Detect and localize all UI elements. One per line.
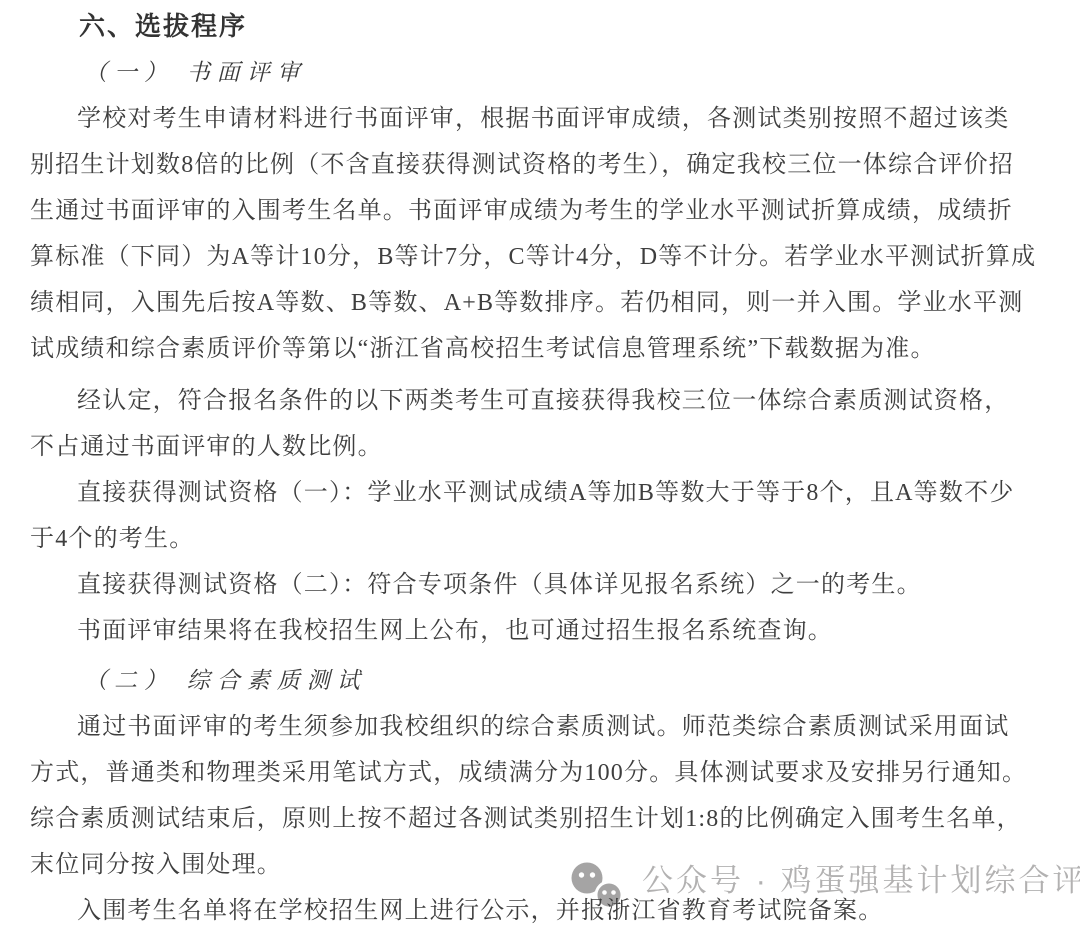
body-line: 书面评审结果将在我校招生网上公布，也可通过招生报名系统查询。 — [30, 608, 1046, 654]
document-content: 六、选拔程序 （一） 书面评审 学校对考生申请材料进行书面评审，根据书面评审成绩… — [0, 0, 1080, 934]
body-line: 通过书面评审的考生须参加我校组织的综合素质测试。师范类综合素质测试采用面试 — [30, 704, 1046, 750]
body-line: 学校对考生申请材料进行书面评审，根据书面评审成绩，各测试类别按照不超过该类 — [30, 96, 1046, 142]
section-heading: 六、选拔程序 — [30, 4, 1046, 50]
subsection-title-2: （二） 综合素质测试 — [30, 658, 1046, 704]
body-line: 别招生计划数8倍的比例（不含直接获得测试资格的考生），确定我校三位一体综合评价招 — [30, 142, 1046, 188]
body-line: 不占通过书面评审的人数比例。 — [30, 424, 1046, 470]
body-line: 末位同分按入围处理。 — [30, 842, 1046, 888]
body-line: 于4个的考生。 — [30, 516, 1046, 562]
body-line: 入围考生名单将在学校招生网上进行公示，并报浙江省教育考试院备案。 — [30, 888, 1046, 934]
body-line: 方式，普通类和物理类采用笔试方式，成绩满分为100分。具体测试要求及安排另行通知… — [30, 750, 1046, 796]
body-line: 直接获得测试资格（二）：符合专项条件（具体详见报名系统）之一的考生。 — [30, 562, 1046, 608]
body-line: 直接获得测试资格（一）：学业水平测试成绩A等加B等数大于等于8个，且A等数不少 — [30, 470, 1046, 516]
body-line: 绩相同，入围先后按A等数、B等数、A+B等数排序。若仍相同，则一并入围。学业水平… — [30, 280, 1046, 326]
subsection-title-1: （一） 书面评审 — [30, 50, 1046, 96]
article-page: 公众号 · 鸡蛋强基计划综合评价 六、选拔程序 （一） 书面评审 学校对考生申请… — [0, 0, 1080, 936]
body-line: 试成绩和综合素质评价等第以“浙江省高校招生考试信息管理系统”下载数据为准。 — [30, 326, 1046, 372]
body-line: 算标准（下同）为A等计10分，B等计7分，C等计4分，D等不计分。若学业水平测试… — [30, 234, 1046, 280]
body-line: 经认定，符合报名条件的以下两类考生可直接获得我校三位一体综合素质测试资格， — [30, 378, 1046, 424]
body-line: 生通过书面评审的入围考生名单。书面评审成绩为考生的学业水平测试折算成绩，成绩折 — [30, 188, 1046, 234]
body-line: 综合素质测试结束后，原则上按不超过各测试类别招生计划1:8的比例确定入围考生名单… — [30, 796, 1046, 842]
